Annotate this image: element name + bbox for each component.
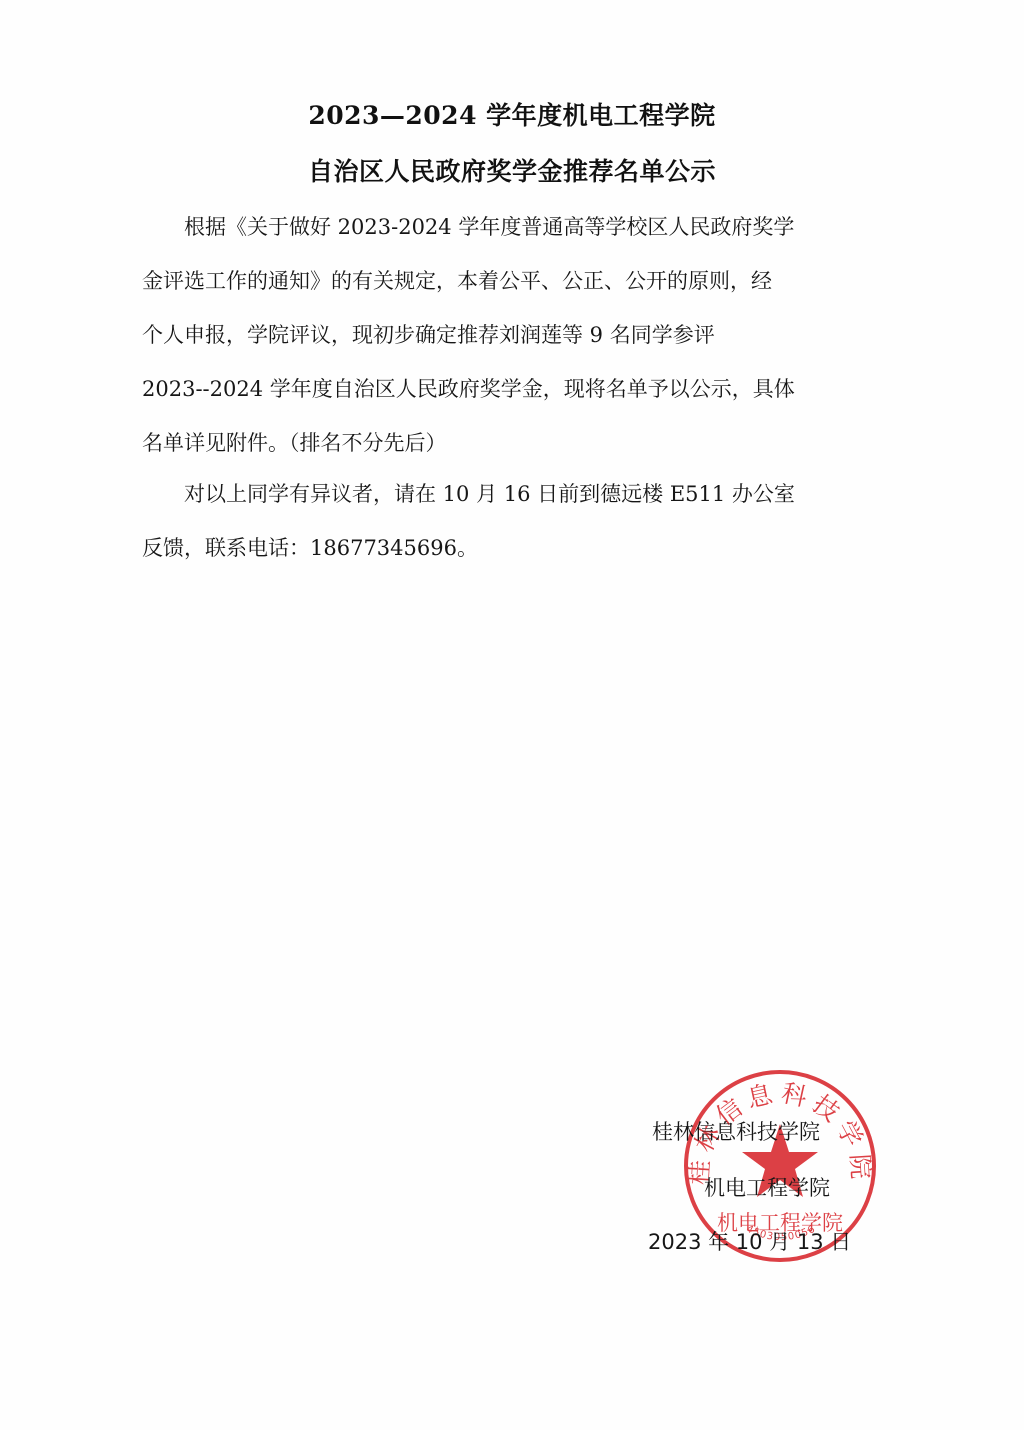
document-title-line2: 自治区人民政府奖学金推荐名单公示 [0,152,1024,188]
paragraph-line: 个人申报，学院评议，现初步确定推荐刘润莲等 9 名同学参评 [142,308,862,362]
document-title-line1: 2023—2024 学年度机电工程学院 [0,96,1024,132]
paragraph-line: 根据《关于做好 2023-2024 学年度普通高等学校区人民政府奖学 [142,200,862,254]
paragraph-line: 金评选工作的通知》的有关规定，本着公平、公正、公开的原则，经 [142,254,862,308]
paragraph-line: 反馈，联系电话：18677345696。 [142,521,862,575]
paragraph-line: 2023--2024 学年度自治区人民政府奖学金，现将名单予以公示，具体 [142,362,862,416]
announcement-paragraph: 根据《关于做好 2023-2024 学年度普通高等学校区人民政府奖学 金评选工作… [142,200,862,470]
signature-date: 2023 年 10 月 13 日 [648,1226,851,1256]
signature-institution: 桂林信息科技学院 [652,1116,820,1146]
objection-paragraph: 对以上同学有异议者，请在 10 月 16 日前到德远楼 E511 办公室 反馈，… [142,467,862,575]
paragraph-line: 对以上同学有异议者，请在 10 月 16 日前到德远楼 E511 办公室 [142,467,862,521]
document-page: 2023—2024 学年度机电工程学院 自治区人民政府奖学金推荐名单公示 根据《… [0,0,1024,1430]
signature-department: 机电工程学院 [704,1172,830,1202]
paragraph-line: 名单详见附件。（排名不分先后） [142,416,862,470]
